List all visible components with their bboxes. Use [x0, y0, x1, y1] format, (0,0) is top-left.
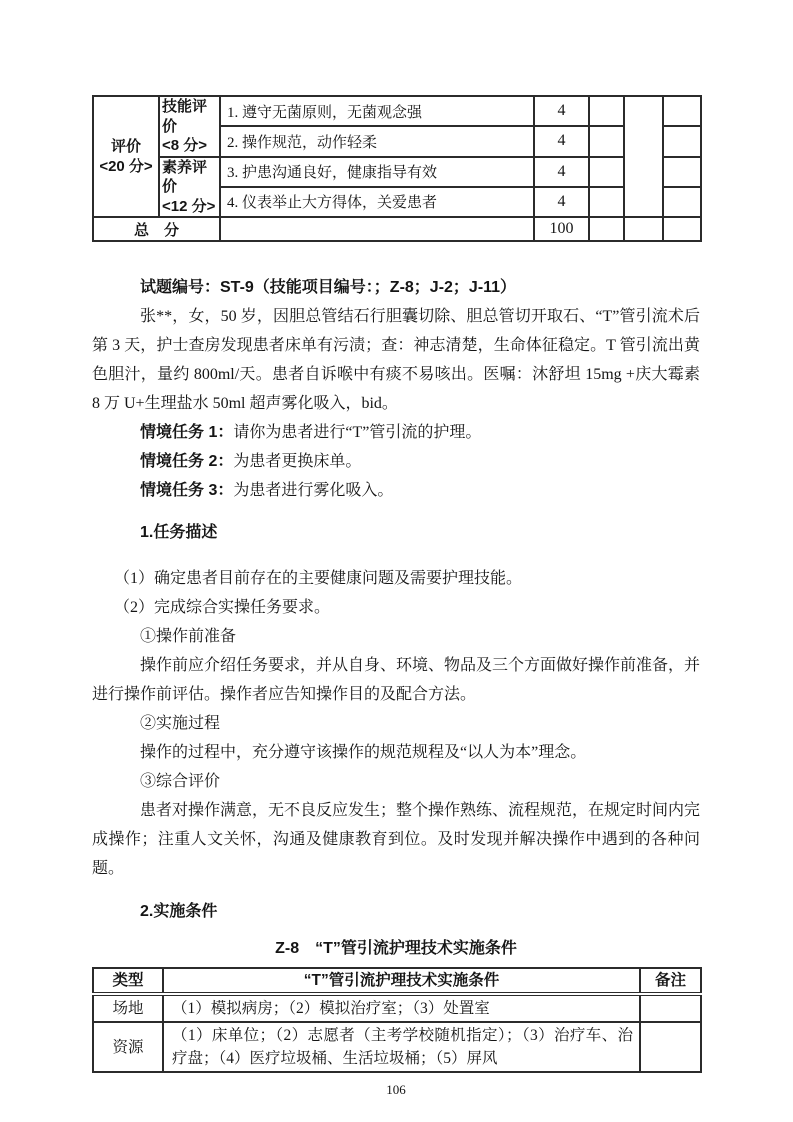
page-content: 评价 <20 分> 技能评价 <8 分> 1. 遵守无菌原则，无菌观念强 4 2…: [0, 0, 793, 1098]
condition-note-cell: [640, 994, 701, 1022]
subgroup-quality-points: <12 分>: [162, 197, 219, 217]
condition-content-cell: （1）模拟病房；（2）模拟治疗室；（3）处置室: [163, 994, 640, 1022]
exam-id-heading: 试题编号：ST-9（技能项目编号：；Z-8；J-2；J-11）: [92, 273, 700, 302]
condition-row-resource: 资源 （1）床单位；（2）志愿者（主考学校随机指定）；（3）治疗车、治疗盘；（4…: [93, 1022, 701, 1072]
total-score-value: 100: [534, 217, 589, 241]
step3-body: 患者对操作满意，无不良反应发生；整个操作熟练、流程规范，在规定时间内完成操作；注…: [92, 796, 700, 883]
score-subgroup-skill-cell: 技能评价 <8 分>: [159, 96, 220, 157]
condition-header-note: 备注: [640, 968, 701, 994]
subgroup-skill-title: 技能评价: [162, 97, 219, 136]
task-1-label: 情境任务 1：: [140, 424, 233, 441]
condition-table: 类型 “T”管引流护理技术实施条件 备注 场地 （1）模拟病房；（2）模拟治疗室…: [92, 967, 702, 1073]
condition-header-type: 类型: [93, 968, 163, 994]
condition-header-row: 类型 “T”管引流护理技术实施条件 备注: [93, 968, 701, 994]
total-empty-desc-cell: [220, 217, 534, 241]
score-total-row: 总 分 100: [93, 217, 701, 241]
condition-type-cell: 资源: [93, 1022, 163, 1072]
score-item-points: 4: [534, 96, 589, 126]
step2-title: ②实施过程: [92, 709, 700, 738]
step2-body: 操作的过程中，充分遵守该操作的规范规程及“以人为本”理念。: [92, 738, 700, 767]
task-line-3: 情境任务 3：为患者进行雾化吸入。: [92, 476, 700, 505]
score-item-points: 4: [534, 126, 589, 156]
page-number: 106: [92, 1082, 700, 1098]
task-3-text: 为患者进行雾化吸入。: [233, 482, 393, 499]
score-row-1: 评价 <20 分> 技能评价 <8 分> 1. 遵守无菌原则，无菌观念强 4: [93, 96, 701, 126]
condition-table-title: Z-8 “T”管引流护理技术实施条件: [92, 934, 700, 963]
score-empty-cell: [589, 157, 624, 187]
score-item-text: 3. 护患沟通良好，健康指导有效: [220, 157, 534, 187]
evaluation-score-table: 评价 <20 分> 技能评价 <8 分> 1. 遵守无菌原则，无菌观念强 4 2…: [92, 95, 702, 242]
condition-row-site: 场地 （1）模拟病房；（2）模拟治疗室；（3）处置室: [93, 994, 701, 1022]
score-empty-cell: [663, 217, 701, 241]
score-empty-cell: [589, 187, 624, 217]
score-item-points: 4: [534, 157, 589, 187]
task-1-text: 请你为患者进行“T”管引流的护理。: [233, 424, 481, 441]
score-group-points: <20 分>: [94, 157, 158, 177]
score-item-text: 4. 仪表举止大方得体，关爱患者: [220, 187, 534, 217]
step1-title: ①操作前准备: [92, 622, 700, 651]
document-page: 评价 <20 分> 技能评价 <8 分> 1. 遵守无菌原则，无菌观念强 4 2…: [0, 0, 793, 1122]
score-item-text: 1. 遵守无菌原则，无菌观念强: [220, 96, 534, 126]
score-empty-cell: [589, 96, 624, 126]
section2-heading: 2.实施条件: [92, 897, 700, 926]
task-2-text: 为患者更换床单。: [233, 453, 361, 470]
score-empty-cell: [663, 157, 701, 187]
task-2-label: 情境任务 2：: [140, 453, 233, 470]
score-empty-cell: [663, 96, 701, 126]
task-line-1: 情境任务 1：请你为患者进行“T”管引流的护理。: [92, 418, 700, 447]
condition-header-content: “T”管引流护理技术实施条件: [163, 968, 640, 994]
score-empty-cell: [589, 217, 624, 241]
score-group-title: 评价: [94, 137, 158, 157]
score-row-3: 素养评价 <12 分> 3. 护患沟通良好，健康指导有效 4: [93, 157, 701, 187]
score-empty-cell: [663, 187, 701, 217]
score-empty-cell: [624, 217, 663, 241]
step1-body: 操作前应介绍任务要求，并从自身、环境、物品及三个方面做好操作前准备，并进行操作前…: [92, 651, 700, 709]
score-empty-cell: [589, 126, 624, 156]
score-group-cell: 评价 <20 分>: [93, 96, 159, 217]
task-line-2: 情境任务 2：为患者更换床单。: [92, 447, 700, 476]
score-subgroup-quality-cell: 素养评价 <12 分>: [159, 157, 220, 218]
score-empty-cell: [663, 126, 701, 156]
section1-item-2: （2）完成综合实操任务要求。: [92, 593, 700, 622]
score-item-points: 4: [534, 187, 589, 217]
step3-title: ③综合评价: [92, 767, 700, 796]
section1-item-1: （1）确定患者目前存在的主要健康问题及需要护理技能。: [92, 564, 700, 593]
case-description-paragraph: 张**，女，50 岁，因胆总管结石行胆囊切除、胆总管切开取石、“T”管引流术后第…: [92, 302, 700, 418]
score-merged-empty-cell: [624, 96, 663, 217]
condition-note-cell: [640, 1022, 701, 1072]
total-score-label: 总 分: [93, 217, 220, 241]
task-3-label: 情境任务 3：: [140, 482, 233, 499]
score-item-text: 2. 操作规范，动作轻柔: [220, 126, 534, 156]
subgroup-skill-points: <8 分>: [162, 136, 219, 156]
condition-content-cell: （1）床单位；（2）志愿者（主考学校随机指定）；（3）治疗车、治疗盘；（4）医疗…: [163, 1022, 640, 1072]
subgroup-quality-title: 素养评价: [162, 158, 219, 197]
condition-type-cell: 场地: [93, 994, 163, 1022]
section1-heading: 1.任务描述: [92, 518, 700, 547]
